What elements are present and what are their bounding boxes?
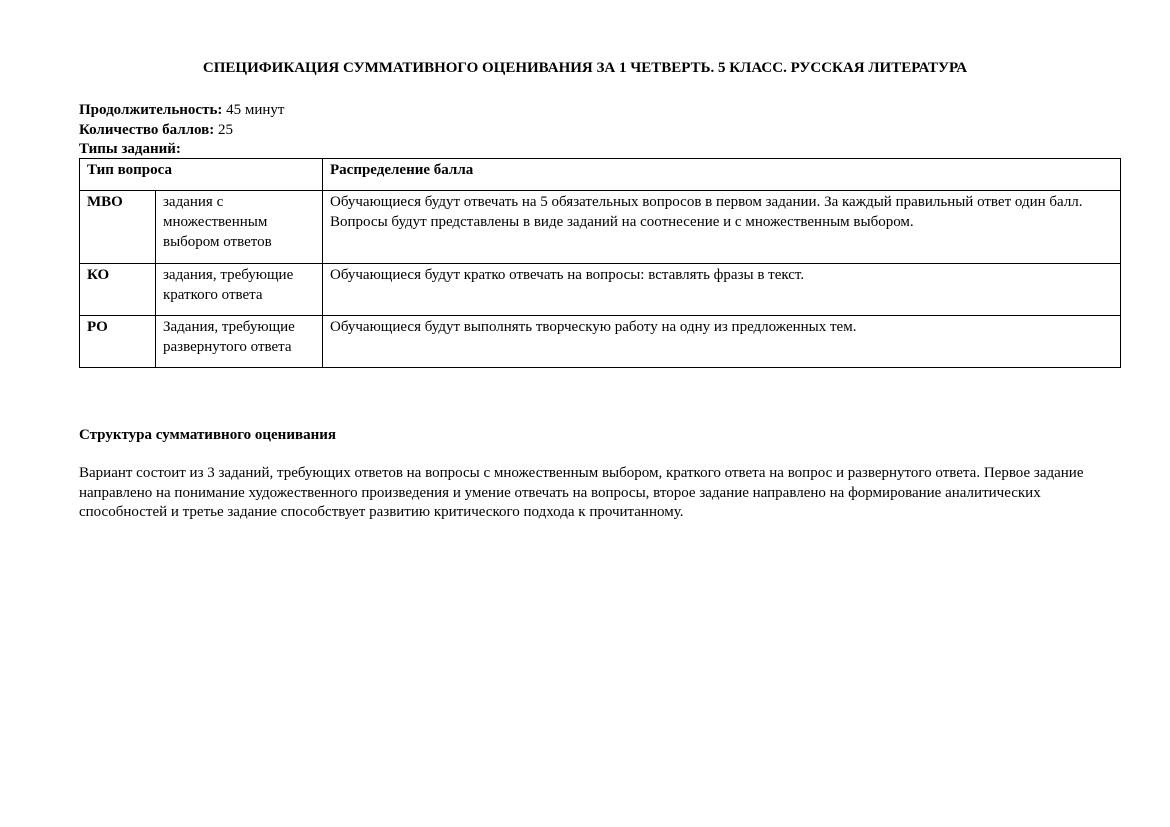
points-label: Количество баллов: [79, 122, 214, 138]
row-code: МВО [80, 191, 156, 264]
row-type: Задания, требующие развернутого ответа [156, 316, 323, 368]
document-title: СПЕЦИФИКАЦИЯ СУММАТИВНОГО ОЦЕНИВАНИЯ ЗА … [0, 60, 1170, 77]
meta-block: Продолжительность: 45 минут Количество б… [79, 101, 284, 160]
task-types-table: Тип вопроса Распределение балла МВО зада… [79, 158, 1121, 368]
duration-line: Продолжительность: 45 минут [79, 101, 284, 121]
row-type: задания с множественным выбором ответов [156, 191, 323, 264]
row-description: Обучающиеся будут отвечать на 5 обязател… [323, 191, 1121, 264]
types-label: Типы заданий: [79, 141, 181, 157]
points-line: Количество баллов: 25 [79, 121, 284, 141]
row-description: Обучающиеся будут выполнять творческую р… [323, 316, 1121, 368]
row-description: Обучающиеся будут кратко отвечать на воп… [323, 264, 1121, 316]
row-code: КО [80, 264, 156, 316]
table-header-row: Тип вопроса Распределение балла [80, 159, 1121, 191]
row-type: задания, требующие краткого ответа [156, 264, 323, 316]
header-score-distribution: Распределение балла [323, 159, 1121, 191]
row-code: РО [80, 316, 156, 368]
table-row: МВО задания с множественным выбором отве… [80, 191, 1121, 264]
duration-value: 45 минут [222, 102, 284, 118]
structure-body: Вариант состоит из 3 заданий, требующих … [79, 464, 1129, 523]
points-value: 25 [214, 122, 233, 138]
table-row: РО Задания, требующие развернутого ответ… [80, 316, 1121, 368]
table-row: КО задания, требующие краткого ответа Об… [80, 264, 1121, 316]
header-question-type: Тип вопроса [80, 159, 323, 191]
structure-heading: Структура суммативного оценивания [79, 427, 336, 444]
types-line: Типы заданий: [79, 140, 284, 160]
duration-label: Продолжительность: [79, 102, 222, 118]
